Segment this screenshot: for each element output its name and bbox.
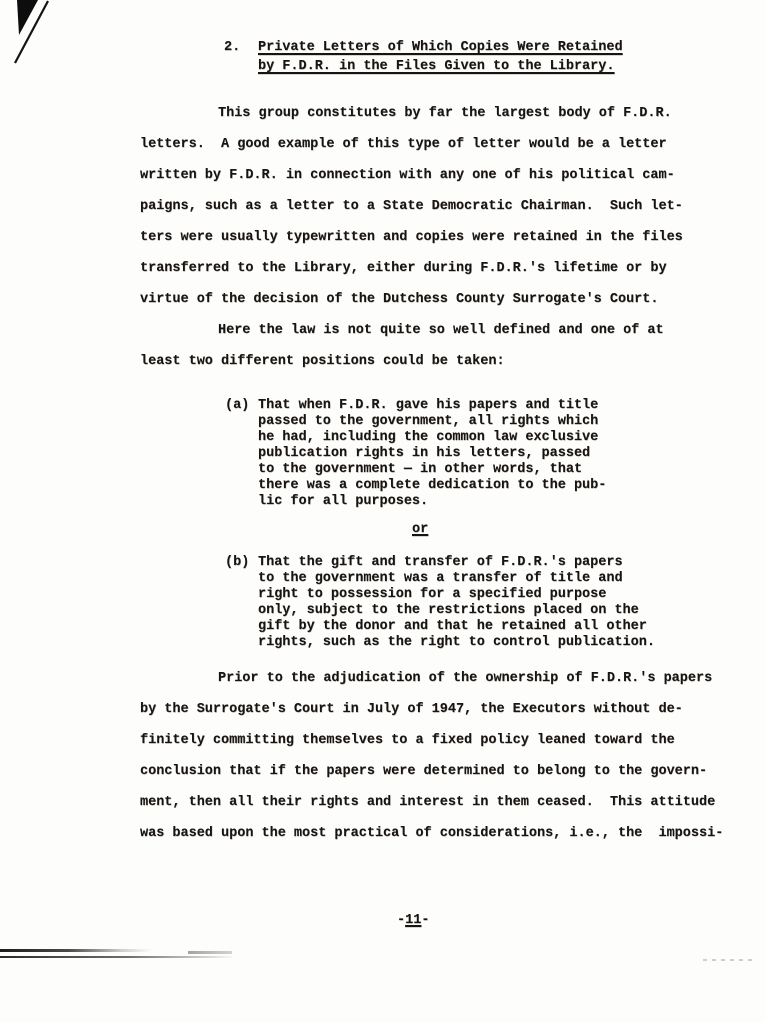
text-line: there was a complete dedication to the p…	[258, 478, 606, 494]
list-item-a: (a) That when F.D.R. gave his papers and…	[225, 398, 606, 510]
list-item-b: (b) That the gift and transfer of F.D.R.…	[225, 555, 655, 651]
section-heading-line: by F.D.R. in the Files Given to the Libr…	[258, 57, 623, 76]
scan-smudge-mark	[188, 951, 232, 954]
paragraph-2: Here the law is not quite so well define…	[140, 315, 740, 377]
text-line: finitely committing themselves to a fixe…	[140, 725, 740, 756]
text-line: ters were usually typewritten and copies…	[140, 222, 740, 253]
text-line: ment, then all their rights and interest…	[140, 787, 740, 818]
corner-fold-mark-icon	[0, 0, 72, 78]
text-line: least two different positions could be t…	[140, 346, 740, 377]
paragraph-3: Prior to the adjudication of the ownersh…	[140, 663, 740, 849]
text-line: virtue of the decision of the Dutchess C…	[140, 284, 740, 315]
page-number-dash: -	[421, 913, 429, 928]
scan-smudge-mark	[703, 959, 753, 961]
page-number: -11-	[397, 912, 429, 930]
text-line: conclusion that if the papers were deter…	[140, 756, 740, 787]
page-number-dash: -	[397, 913, 405, 928]
list-item-a-label: (a)	[225, 398, 249, 414]
text-line: he had, including the common law exclusi…	[258, 430, 606, 446]
text-line: to the government was a transfer of titl…	[258, 571, 655, 587]
section-heading-line: Private Letters of Which Copies Were Ret…	[258, 38, 623, 57]
text-line: right to possession for a specified purp…	[258, 587, 655, 603]
text-line: That when F.D.R. gave his papers and tit…	[258, 398, 606, 414]
scanned-document-page: 2. Private Letters of Which Copies Were …	[0, 0, 765, 1022]
text-line: paigns, such as a letter to a State Demo…	[140, 191, 740, 222]
text-line: This group constitutes by far the larges…	[140, 98, 740, 129]
text-line: Prior to the adjudication of the ownersh…	[140, 663, 740, 694]
paragraph-1: This group constitutes by far the larges…	[140, 98, 740, 315]
text-line: lic for all purposes.	[258, 494, 606, 510]
text-line: That the gift and transfer of F.D.R.'s p…	[258, 555, 655, 571]
text-line: rights, such as the right to control pub…	[258, 635, 655, 651]
text-line: transferred to the Library, either durin…	[140, 253, 740, 284]
text-line: by the Surrogate's Court in July of 1947…	[140, 694, 740, 725]
or-separator: or	[412, 522, 428, 538]
page-number-value: 11	[405, 913, 421, 928]
scan-smudge-mark	[0, 949, 152, 952]
list-item-b-label: (b)	[225, 555, 249, 571]
text-line: gift by the donor and that he retained a…	[258, 619, 655, 635]
text-line: letters. A good example of this type of …	[140, 129, 740, 160]
text-line: publication rights in his letters, passe…	[258, 446, 606, 462]
scan-smudge-mark	[0, 956, 235, 958]
text-line: only, subject to the restrictions placed…	[258, 603, 655, 619]
text-line: was based upon the most practical of con…	[140, 818, 740, 849]
text-line: written by F.D.R. in connection with any…	[140, 160, 740, 191]
text-line: to the government — in other words, that	[258, 462, 606, 478]
section-heading: 2. Private Letters of Which Copies Were …	[224, 38, 623, 76]
text-line: Here the law is not quite so well define…	[140, 315, 740, 346]
text-line: passed to the government, all rights whi…	[258, 414, 606, 430]
section-number: 2.	[224, 38, 240, 57]
